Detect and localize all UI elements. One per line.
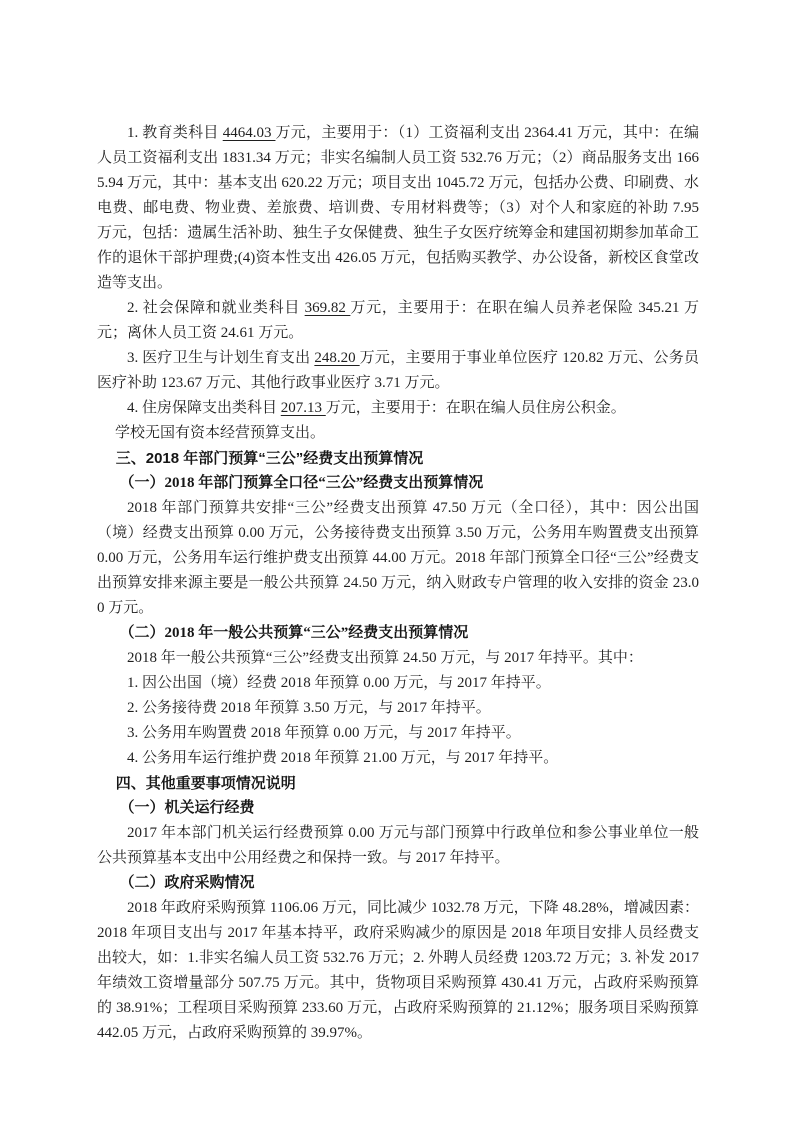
paragraph-no-soe-budget: 学校无国有资本经营预算支出。 <box>97 421 699 446</box>
heading-section4-sub2-government-procurement: （二）政府采购情况 <box>97 871 699 896</box>
underlined-amount: 248.20 <box>314 350 359 366</box>
paragraph-operating-funds: 2017 年本部门机关运行经费预算 0.00 万元与部门预算中行政单位和参公事业… <box>97 821 699 871</box>
text-segment: 3. 医疗卫生与计划生育支出 <box>127 350 314 366</box>
list-item-vehicle-maintenance-expense: 4. 公务用车运行维护费 2018 年预算 21.00 万元，与 2017 年持… <box>97 746 699 771</box>
paragraph-general-public-budget-intro: 2018 年一般公共预算“三公”经费支出预算 24.50 万元，与 2017 年… <box>97 646 699 671</box>
underlined-amount: 4464.03 <box>223 125 276 141</box>
heading-section3-sub1-full-caliber: （一）2018 年部门预算全口径“三公”经费支出预算情况 <box>97 471 699 496</box>
list-item-vehicle-purchase-expense: 3. 公务用车购置费 2018 年预算 0.00 万元，与 2017 年持平。 <box>97 721 699 746</box>
text-segment: 万元，主要用于：（1）工资福利支出 2364.41 万元，其中：在编人员工资福利… <box>97 125 699 291</box>
underlined-amount: 207.13 <box>281 400 326 416</box>
heading-section4-sub1-operating-funds: （一）机关运行经费 <box>97 796 699 821</box>
text-segment: 4. 住房保障支出类科目 <box>127 400 281 416</box>
paragraph-housing-expense: 4. 住房保障支出类科目 207.13 万元，主要用于：在职在编人员住房公积金。 <box>97 396 699 421</box>
text-segment: 1. 教育类科目 <box>127 125 223 141</box>
paragraph-social-security-expense: 2. 社会保障和就业类科目 369.82 万元，主要用于：在职在编人员养老保险 … <box>97 296 699 346</box>
paragraph-medical-expense: 3. 医疗卫生与计划生育支出 248.20 万元，主要用于事业单位医疗 120.… <box>97 346 699 396</box>
heading-section4-other-important-matters: 四、其他重要事项情况说明 <box>97 771 699 796</box>
heading-section3-three-public-funds: 三、2018 年部门预算“三公”经费支出预算情况 <box>97 446 699 471</box>
paragraph-education-expense: 1. 教育类科目 4464.03 万元，主要用于：（1）工资福利支出 2364.… <box>97 121 699 296</box>
heading-section3-sub2-general-public-budget: （二）2018 年一般公共预算“三公”经费支出预算情况 <box>97 621 699 646</box>
list-item-reception-expense: 2. 公务接待费 2018 年预算 3.50 万元，与 2017 年持平。 <box>97 696 699 721</box>
text-segment: 2. 社会保障和就业类科目 <box>127 300 305 316</box>
list-item-abroad-expense: 1. 因公出国（境）经费 2018 年预算 0.00 万元，与 2017 年持平… <box>97 671 699 696</box>
underlined-amount: 369.82 <box>305 300 351 316</box>
text-segment: 万元，主要用于：在职在编人员住房公积金。 <box>326 400 626 416</box>
document-page: 1. 教育类科目 4464.03 万元，主要用于：（1）工资福利支出 2364.… <box>0 0 794 1123</box>
paragraph-government-procurement: 2018 年政府采购预算 1106.06 万元，同比减少 1032.78 万元，… <box>97 896 699 1046</box>
paragraph-full-caliber-budget: 2018 年部门预算共安排“三公”经费支出预算 47.50 万元（全口径），其中… <box>97 496 699 621</box>
